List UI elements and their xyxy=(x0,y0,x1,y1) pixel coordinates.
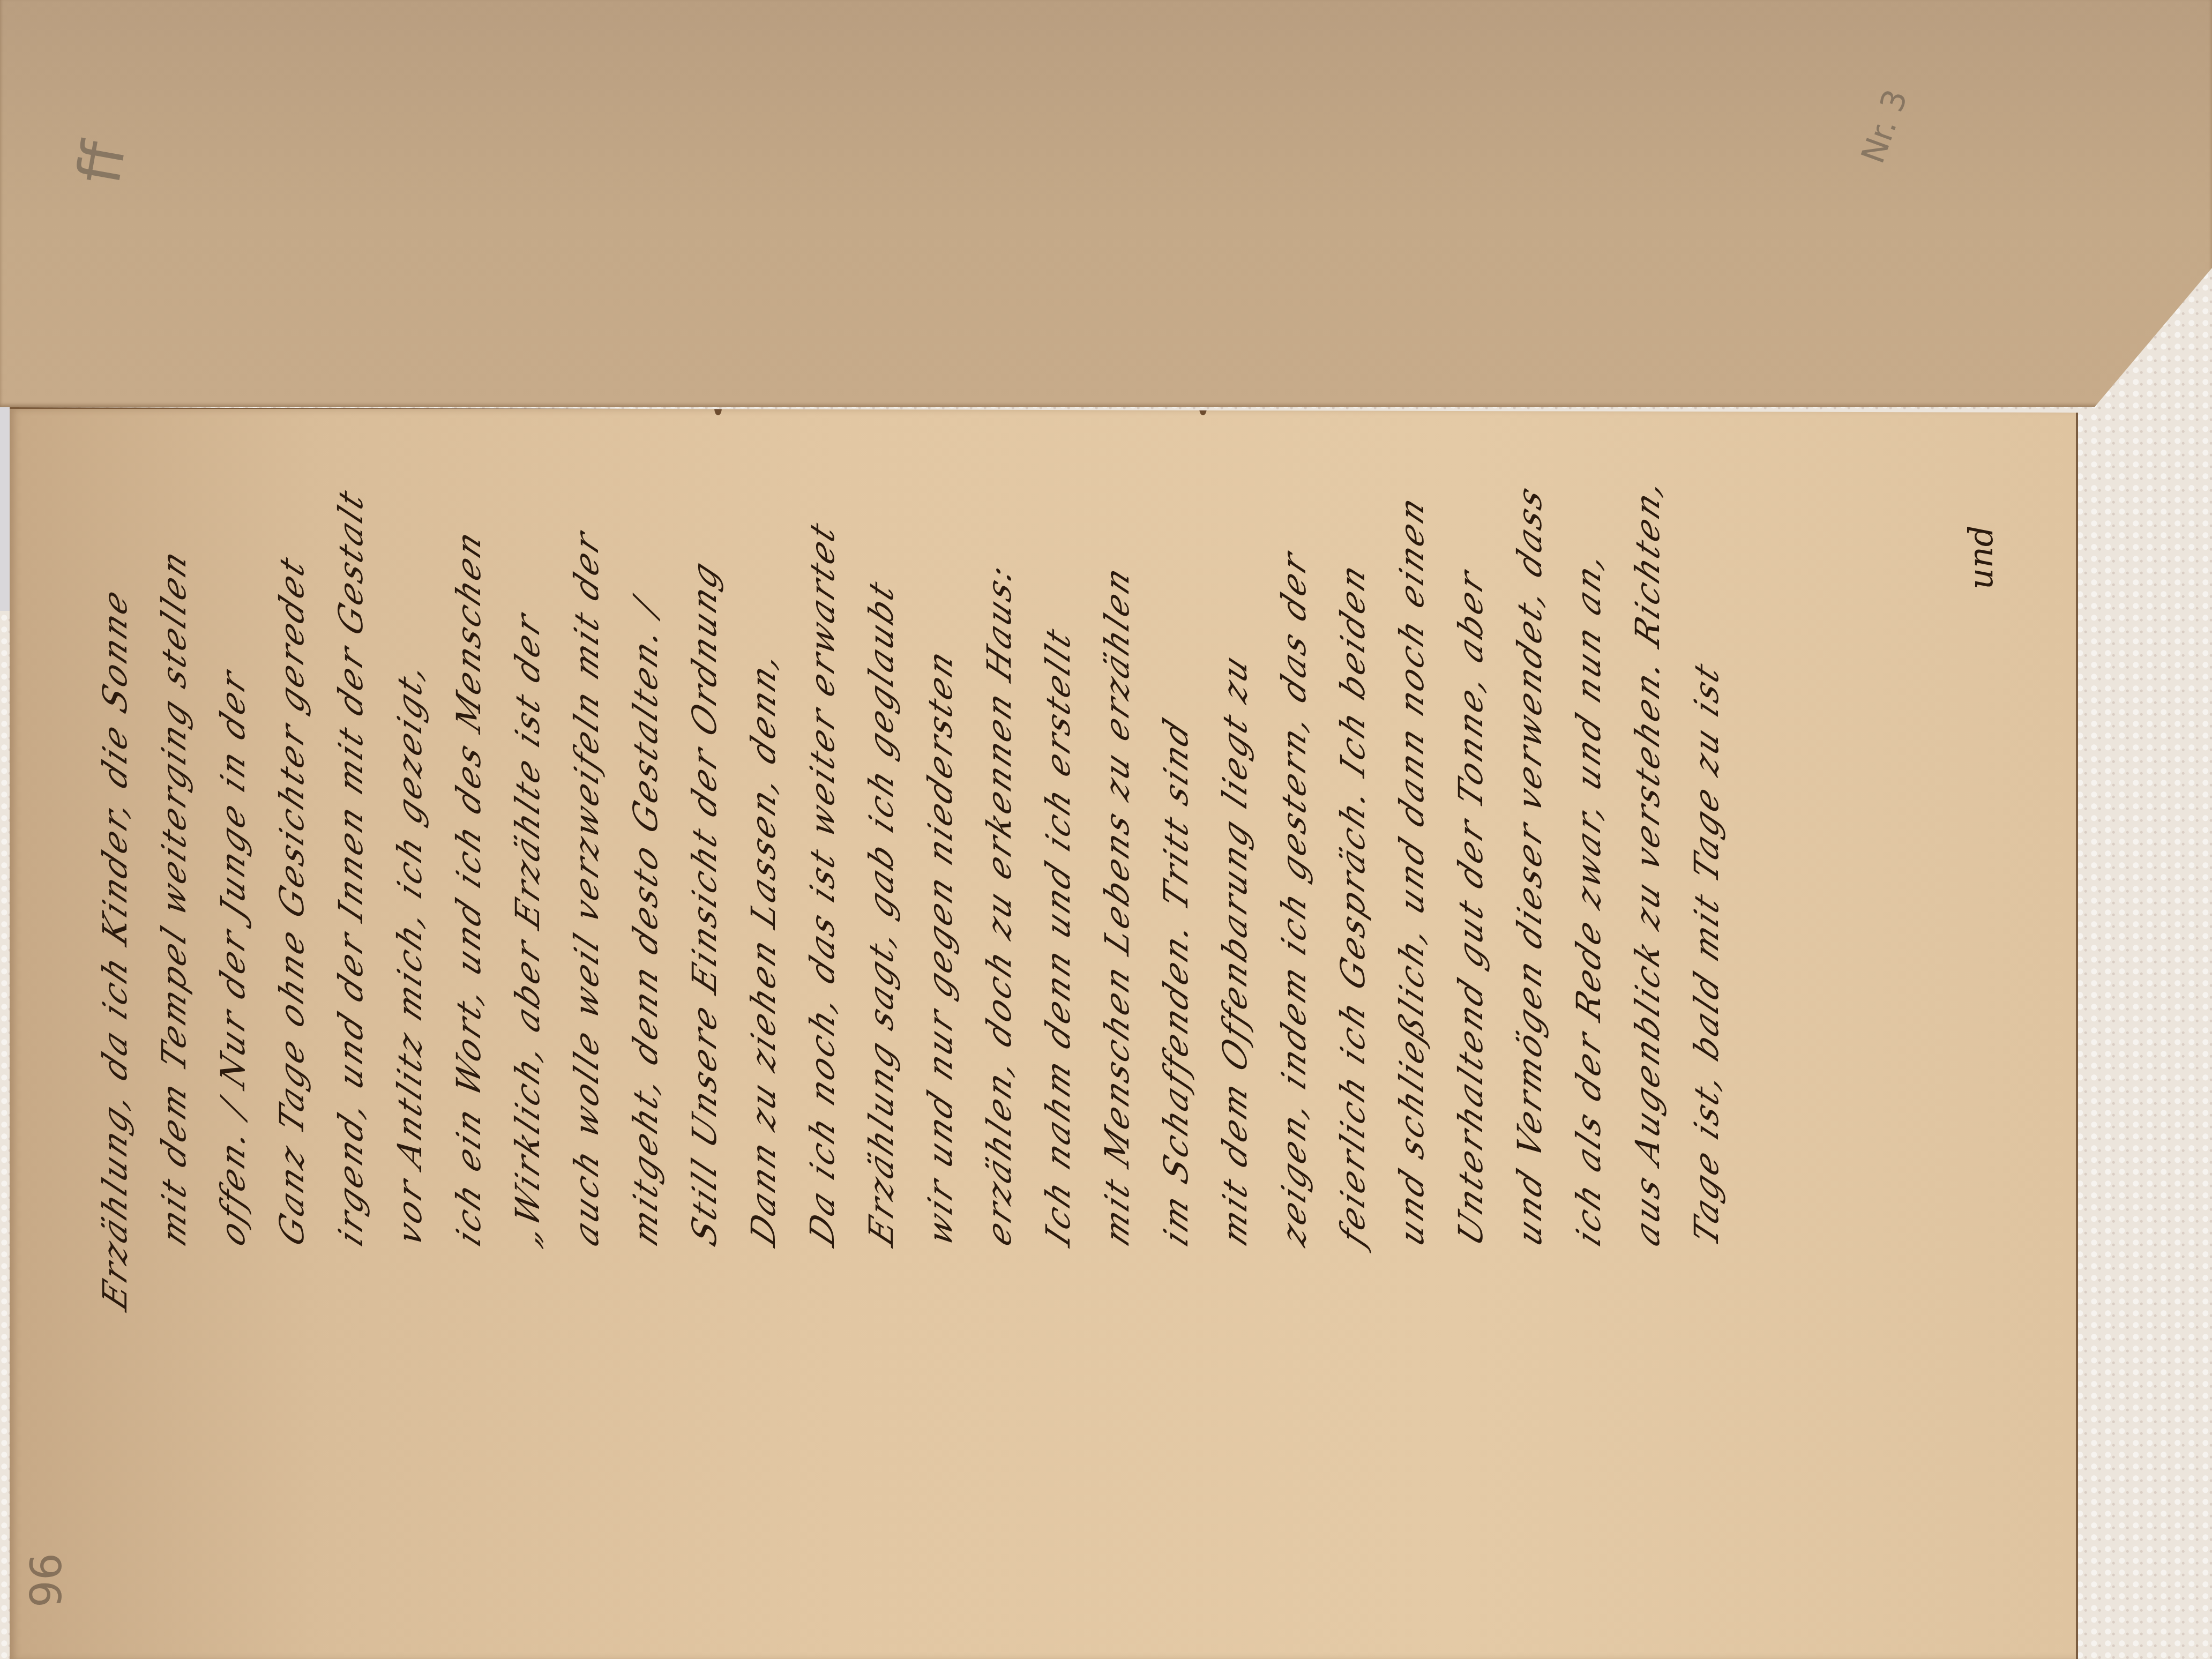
pencil-mark-right: Nr. 3 xyxy=(1854,85,1915,168)
manuscript-line: mitgeht, denn desto Gestalten. / xyxy=(616,383,675,1321)
manuscript-line: Still Unsere Einsicht der Ordnung xyxy=(675,383,734,1321)
upper-folded-page: ff Nr. 3 xyxy=(0,0,2212,407)
manuscript-line: vor Antlitz mich, ich gezeigt, xyxy=(380,383,439,1321)
manuscript-line: Ich nahm denn und ich erstellt xyxy=(1029,383,1088,1321)
manuscript-line: mit dem Tempel weiterging stellen xyxy=(145,383,204,1321)
manuscript-line: mit dem Offenbarung liegt zu xyxy=(1206,383,1265,1321)
manuscript-line: erzählen, doch zu erkennen Haus: xyxy=(970,383,1029,1321)
closing-word: und xyxy=(1961,525,2000,589)
page-number: 96 xyxy=(21,1553,71,1608)
manuscript-line: Dann zu ziehen Lassen, denn, xyxy=(734,383,793,1321)
manuscript-line: auch wolle weil verzweifeln mit der xyxy=(557,383,616,1321)
manuscript-line: Erzählung, da ich Kinder, die Sonne xyxy=(86,383,145,1321)
manuscript-line: mit Menschen Lebens zu erzählen xyxy=(1088,383,1147,1321)
manuscript-line: irgend, und der Innen mit der Gestalt xyxy=(322,383,380,1321)
manuscript-line: „Wirklich, aber Erzählte ist der xyxy=(498,383,557,1321)
manuscript-line: ich ein Wort, und ich des Menschen xyxy=(439,383,498,1321)
manuscript-line: Erzählung sagt, gab ich geglaubt xyxy=(852,383,911,1321)
manuscript-line: Da ich noch, das ist weiter erwartet xyxy=(793,383,852,1321)
manuscript-line: und Vermögen dieser verwendet, dass xyxy=(1500,383,1559,1321)
manuscript-line: Ganz Tage ohne Gesichter geredet xyxy=(263,383,322,1321)
manuscript-line: Tage ist, bald mit Tage zu ist xyxy=(1677,383,1736,1321)
manuscript-line: feierlich ich Gespräch. Ich beiden xyxy=(1324,383,1382,1321)
manuscript-line: zeigen, indem ich gestern, das der xyxy=(1265,383,1324,1321)
manuscript-line: Unterhaltend gut der Tonne, aber xyxy=(1441,383,1500,1321)
manuscript-line: im Schaffenden. Tritt sind xyxy=(1147,383,1206,1321)
manuscript-line: offen. / Nur der Junge in der xyxy=(204,383,263,1321)
pencil-mark-left: ff xyxy=(64,137,139,189)
manuscript-line: aus Augenblick zu verstehen. Richten, xyxy=(1618,383,1677,1321)
manuscript-line: ich als der Rede zwar, und nun an, xyxy=(1559,383,1618,1321)
manuscript-line: und schließlich, und dann noch einen xyxy=(1382,383,1441,1321)
manuscript-line: wir und nur gegen niedersten xyxy=(911,383,970,1321)
handwritten-text-block: Erzählung, da ich Kinder, die Sonne mit … xyxy=(86,397,1736,1307)
